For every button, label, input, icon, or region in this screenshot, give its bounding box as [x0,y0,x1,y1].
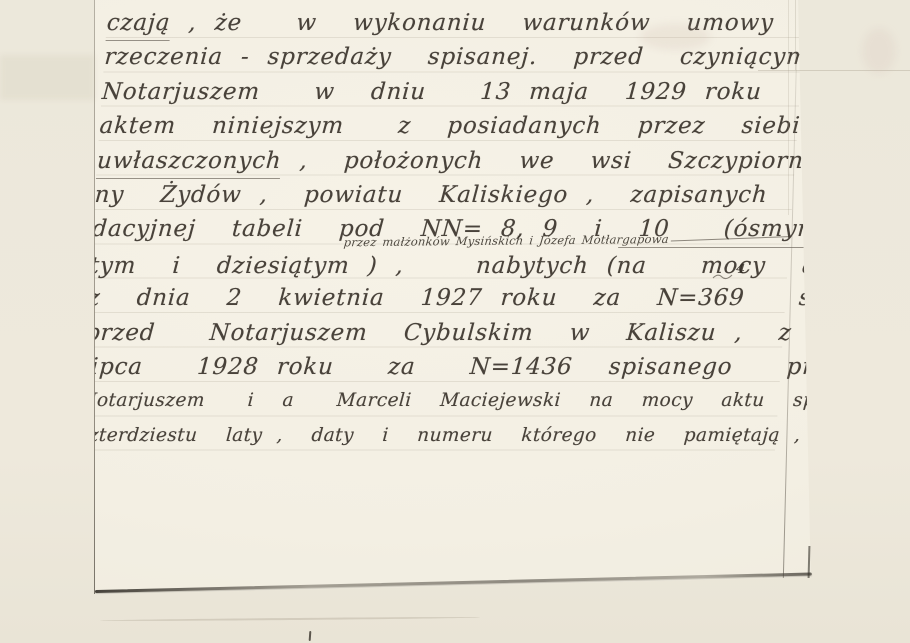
handwriting-segment: z dnia 2 kwietnia 1927 roku za N=369 spi… [86,281,910,315]
handwriting-line: uwłaszczonych , położonych we wsi Szczyp… [96,144,796,178]
handwriting-line: aktem niniejszym z posiadanych przez sie… [98,109,798,143]
handwriting-segment: tym i dziesiątym ) , nabytych ( [89,249,618,283]
handwriting-line: przed Notarjuszem Cybulskim w Kaliszu , … [84,316,784,350]
handwriting-segment: rzeczenia - sprzedaży spisanej. przed cz… [103,40,810,74]
handwriting-line: rzeczenia - sprzedaży spisanej. przed cz… [103,40,803,74]
handwriting-line: ny Żydów , powiatu Kaliskiego , zapisany… [94,178,794,212]
handwriting-segment: ny Żydów , powiatu Kaliskiego , zapisany… [94,178,910,212]
handwriting-segment: , że w wykonaniu warunków umowy przy- [169,6,874,40]
handwriting-line: tym i dziesiątym ) , nabytych (na mocy a… [89,247,789,281]
handwriting-line: Notarjuszem w dniu 13 maja 1929 roku za … [101,75,801,109]
handwriting-segment: uwłaszczonych [96,144,283,179]
insertion-caret-stroke [671,236,789,241]
handwriting-segment: lipca 1928 roku za N=1436 spisanego prze… [82,350,910,384]
handwriting-line: lipca 1928 roku za N=1436 spisanego prze… [82,350,782,384]
handwriting-line: Notarjuszem i a Marceli Maciejewski na m… [79,384,779,418]
scanned-document-page: czają , że w wykonaniu warunków umowy pr… [0,0,910,643]
margin-mark-number: 4 [735,262,746,278]
ink-bleed-smudge [862,28,896,74]
margin-annotation-mark: 4 [712,262,772,288]
left-margin-shading [0,55,95,100]
handwriting-segment: Notarjuszem w dniu 13 maja 1929 roku za … [101,75,910,109]
handwriting-line: czają , że w wykonaniu warunków umowy pr… [106,6,806,40]
handwriting-line: z dnia 2 kwietnia 1927 roku za N=369 spi… [86,281,786,315]
handwriting-line: czterdziestu laty , daty i numeru któreg… [77,419,777,453]
handwriting-text-block: czają , że w wykonaniu warunków umowy pr… [77,6,806,453]
squiggle-icon [712,270,736,282]
handwriting-segment: czają [106,6,172,41]
handwriting-segment: , położonych we wsi Szczypiornie, gmi- [280,144,908,178]
bottom-pen-tick [309,631,312,641]
handwriting-segment: Notarjuszem i a Marceli Maciejewski na m… [79,384,910,418]
handwriting-segment: aktem niniejszym z posiadanych przez sie… [98,109,891,143]
handwriting-segment: przed Notarjuszem Cybulskim w Kaliszu , … [84,316,910,350]
page-shadow-line [100,616,480,621]
handwriting-segment: czterdziestu laty , daty i numeru któreg… [77,419,910,453]
